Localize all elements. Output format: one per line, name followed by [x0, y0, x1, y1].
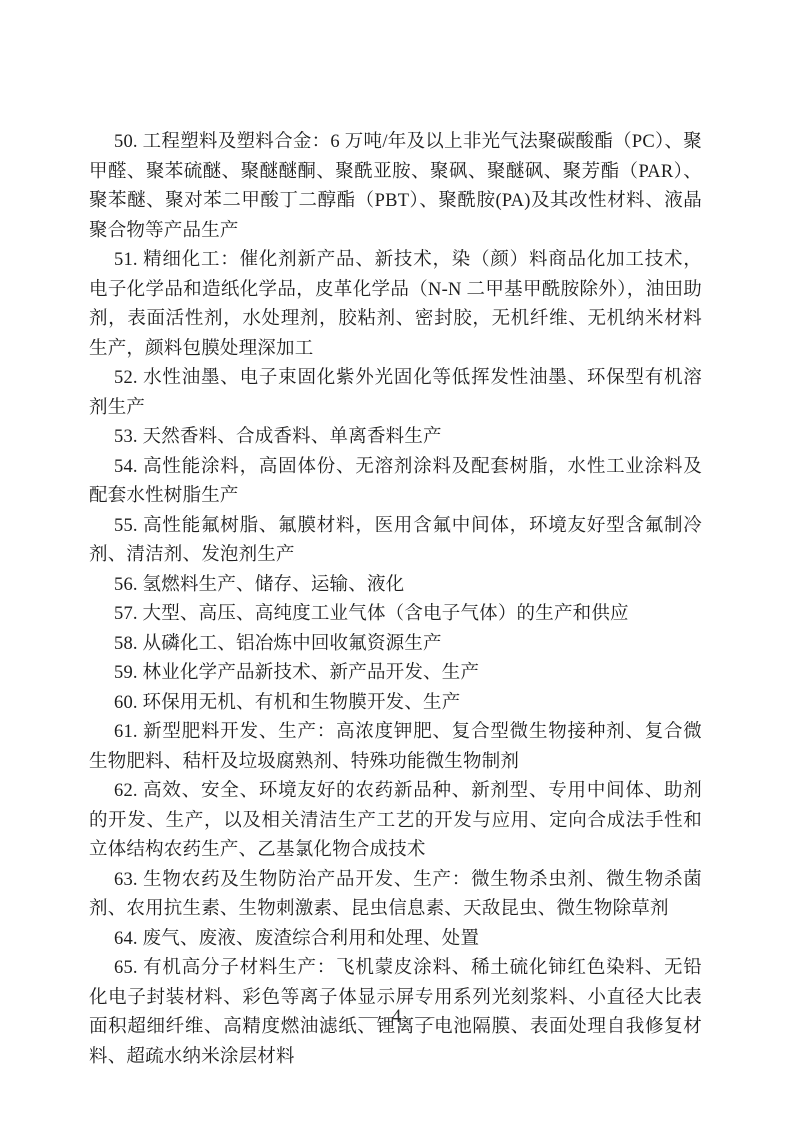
page-footer: —4—	[0, 1002, 793, 1031]
clause-item-55: 55. 高性能氟树脂、氟膜材料，医用含氟中间体，环境友好型含氟制冷剂、清洁剂、发…	[89, 512, 702, 571]
clause-item-54: 54. 高性能涂料，高固体份、无溶剂涂料及配套树脂，水性工业涂料及配套水性树脂生…	[89, 453, 702, 512]
clause-list: 50. 工程塑料及塑料合金：6 万吨/年及以上非光气法聚碳酸酯（PC）、聚甲醛、…	[89, 128, 702, 1072]
clause-item-63: 63. 生物农药及生物防治产品开发、生产：微生物杀虫剂、微生物杀菌剂、农用抗生素…	[89, 866, 702, 925]
clause-item-59: 59. 林业化学产品新技术、新产品开发、生产	[89, 659, 702, 689]
footer-dash-left: —	[359, 1006, 378, 1027]
clause-item-52: 52. 水性油墨、电子束固化紫外光固化等低挥发性油墨、环保型有机溶剂生产	[89, 364, 702, 423]
footer-dash-right: —	[415, 1006, 434, 1027]
clause-item-50: 50. 工程塑料及塑料合金：6 万吨/年及以上非光气法聚碳酸酯（PC）、聚甲醛、…	[89, 128, 702, 246]
clause-item-60: 60. 环保用无机、有机和生物膜开发、生产	[89, 689, 702, 719]
clause-item-61: 61. 新型肥料开发、生产：高浓度钾肥、复合型微生物接种剂、复合微生物肥料、秸杆…	[89, 718, 702, 777]
clause-item-58: 58. 从磷化工、铝冶炼中回收氟资源生产	[89, 630, 702, 660]
document-page: 50. 工程塑料及塑料合金：6 万吨/年及以上非光气法聚碳酸酯（PC）、聚甲醛、…	[0, 0, 793, 1122]
page-number: 4	[392, 1006, 402, 1027]
clause-item-53: 53. 天然香料、合成香料、单离香料生产	[89, 423, 702, 453]
clause-item-56: 56. 氢燃料生产、储存、运输、液化	[89, 571, 702, 601]
clause-item-64: 64. 废气、废液、废渣综合利用和处理、处置	[89, 925, 702, 955]
clause-item-57: 57. 大型、高压、高纯度工业气体（含电子气体）的生产和供应	[89, 600, 702, 630]
clause-item-51: 51. 精细化工：催化剂新产品、新技术，染（颜）料商品化加工技术，电子化学品和造…	[89, 246, 702, 364]
clause-item-62: 62. 高效、安全、环境友好的农药新品种、新剂型、专用中间体、助剂的开发、生产，…	[89, 777, 702, 866]
